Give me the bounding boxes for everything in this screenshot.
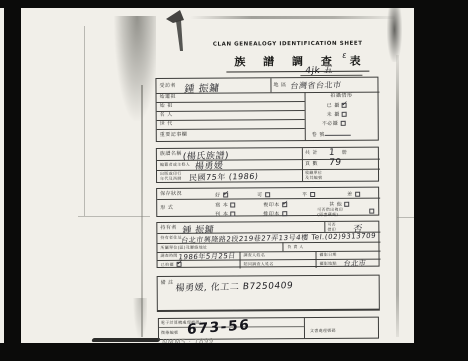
- condition-label: 保存狀況: [160, 192, 182, 198]
- not-filmed-label: 未 攝: [327, 112, 340, 118]
- first-ancestor-label: 始 祖: [160, 104, 173, 110]
- region-value: 台灣省台北市: [290, 79, 342, 91]
- checkmark-filmed-done: ✓: [175, 259, 183, 267]
- reel-no-blank: [325, 131, 351, 136]
- compiler-value: 楊勇媛: [194, 158, 224, 172]
- unit-label: 所屬單位(區)及聯絡地址: [160, 246, 207, 251]
- holder-label: 持有者: [160, 226, 177, 232]
- filmed-option: 已 攝✓: [327, 102, 347, 109]
- loan-label: 可否借出複印 (原書藏處): [317, 208, 359, 218]
- region-label: 地 區: [273, 83, 286, 89]
- checkmark-photocopy: ✓: [281, 199, 289, 207]
- page-fold-line: [84, 26, 85, 216]
- condition-average: 平: [302, 191, 315, 198]
- surveyor-label: 調查人姓名: [244, 253, 266, 258]
- volumes-value: 1: [328, 148, 335, 158]
- year-value: 民國75年 (1986): [188, 171, 259, 184]
- format-typeset: 排印本: [263, 210, 287, 217]
- checkmark-filmed: ✓: [341, 100, 349, 108]
- checkbox-typeset: [282, 211, 287, 216]
- holder-table: 持有者 鍾 振鏞 可否 借印 否 持有者住址 台北市興隆路2段219巷27弄13…: [156, 221, 379, 268]
- notables-label: 名 人: [160, 113, 173, 119]
- chinese-title: 族 譜 調 查 表: [226, 53, 369, 73]
- notes-label: 重要記事欄: [160, 133, 188, 139]
- contact-label: 負 責 人: [287, 245, 303, 250]
- condition-good-label: 好: [215, 193, 221, 199]
- volumes-unit: 册: [342, 151, 348, 157]
- condition-good: 好✓: [215, 192, 228, 199]
- format-photocopy: 複印本✓: [263, 201, 287, 208]
- checkbox-not-filmed: [342, 112, 347, 117]
- year-label: 出版或印行 年代及西曆: [160, 172, 186, 182]
- address-label: 持有者住址: [160, 236, 182, 241]
- checkbox-condition-average: [310, 192, 315, 197]
- checkbox-manuscript: [230, 202, 235, 207]
- format-print: 刊 本: [215, 210, 235, 217]
- survey-date-value: 1986年5月25日: [178, 251, 236, 262]
- not-filmed-option: 未 攝: [327, 111, 347, 118]
- call-number-mark: ε: [342, 51, 348, 60]
- companion-label: 陪同調查人姓名: [244, 262, 274, 267]
- checkbox-no-need: [340, 121, 345, 126]
- checkbox-condition-fair: [265, 192, 270, 197]
- format-label: 形 式: [160, 206, 173, 212]
- scan-border-right: [414, 0, 468, 361]
- checkbox-condition-poor: [355, 192, 360, 197]
- repository-label: 收藏單位 及其編號: [305, 171, 329, 181]
- scan-border-bottom: [0, 343, 468, 361]
- condition-poor-label: 差: [347, 192, 353, 198]
- checkbox-condition-good: ✓: [223, 193, 228, 198]
- format-print-label: 刊 本: [215, 212, 228, 218]
- processing-box: 電子計算機處理號碼: 微捲編號 673-56 文書處理號碼: [158, 317, 379, 340]
- pages-value: 79: [328, 158, 341, 168]
- film-date-label: 攝影日期: [319, 253, 336, 258]
- gutter-shadow-bottom: [133, 298, 147, 340]
- reel-no-label: 卷 號: [312, 132, 325, 138]
- scan-border-left: [4, 6, 21, 350]
- checkbox-filmed-done: ✓: [176, 262, 181, 267]
- filmed-done-option: 已拍攝✓: [161, 262, 182, 268]
- checkbox-photocopy: ✓: [282, 202, 287, 207]
- format-manuscript: 寫 本: [215, 201, 235, 208]
- page-fold-hline-left: [78, 216, 150, 217]
- checkbox-print: [230, 211, 235, 216]
- no-need-label: 不必攝: [322, 121, 339, 127]
- filmed-done-label: 已拍攝: [161, 262, 175, 267]
- remarks-value: 楊勇媛, 化工二 B7250409: [175, 278, 294, 294]
- remarks-label: 備 註: [161, 281, 174, 287]
- respondent-value: 鍾 振鏞: [184, 79, 221, 95]
- genealogy-title-label: 族譜名稱: [160, 152, 182, 158]
- condition-fair-label: 可: [257, 192, 263, 198]
- format-photocopy-label: 複印本: [263, 202, 280, 208]
- condition-poor: 差: [347, 191, 360, 198]
- condition-table: 保存狀況 好✓ 可 平 差 形 式 寫 本 複印本✓ 其 他 刊 本 排印本 可: [156, 187, 379, 217]
- filmed-label: 已 攝: [327, 103, 340, 109]
- doc-number-label: 文書處理號碼: [310, 329, 336, 334]
- english-title: CLAN GENEALOGY IDENTIFICATION SHEET: [205, 41, 370, 48]
- film-place-label: 攝影地點: [320, 262, 337, 267]
- respondent-label: 受訪者: [159, 84, 176, 90]
- genealogy-info-table: 族譜名稱 (楊氏族譜) 共 計 1 册 編纂者或主修人 楊勇媛 頁 數 79 出…: [156, 147, 379, 183]
- loan-checkbox-wrap: [367, 209, 374, 215]
- checkmark-condition-good: ✓: [222, 190, 230, 198]
- reel-number-value: 673-56: [187, 317, 251, 338]
- survey-date-label: 調查時間: [161, 254, 178, 259]
- condition-average-label: 平: [302, 192, 308, 198]
- reel-no-field: 卷 號: [312, 131, 351, 138]
- compiler-label: 編纂者或主修人: [160, 163, 190, 168]
- first-migrant-label: 始遷祖: [160, 95, 177, 101]
- pages-label: 頁 數: [305, 162, 318, 168]
- remarks-box: 備 註 楊勇媛, 化工二 B7250409: [157, 275, 380, 312]
- checkbox-other: [344, 202, 349, 207]
- reel-number-label: 微捲編號: [161, 331, 178, 336]
- year-label-line2: 年代及西曆: [160, 176, 182, 181]
- scan-smudge-bottom: [91, 338, 160, 342]
- format-typeset-label: 排印本: [263, 211, 280, 217]
- checkbox-filmed: ✓: [342, 103, 347, 108]
- format-manuscript-label: 寫 本: [215, 203, 228, 209]
- genealogy-form-sheet: CLAN GENEALOGY IDENTIFICATION SHEET 族 譜 …: [150, 6, 402, 344]
- volumes-label: 共 計: [305, 151, 318, 157]
- film-place-value: 台北市: [343, 258, 367, 269]
- checkbox-loan: [369, 209, 374, 214]
- condition-fair: 可: [257, 191, 270, 198]
- loan-label-line2: (原書藏處): [317, 212, 338, 217]
- repository-label-line2: 及其編號: [305, 175, 322, 180]
- basic-info-table: 受訪者 鍾 振鏞 地 區 台灣省台北市 始遷祖 始 祖 名 人 世 代 重要記事…: [155, 77, 378, 142]
- generations-label: 世 代: [160, 122, 173, 128]
- no-need-option: 不必攝: [322, 120, 346, 127]
- scan-border-top: [0, 0, 468, 8]
